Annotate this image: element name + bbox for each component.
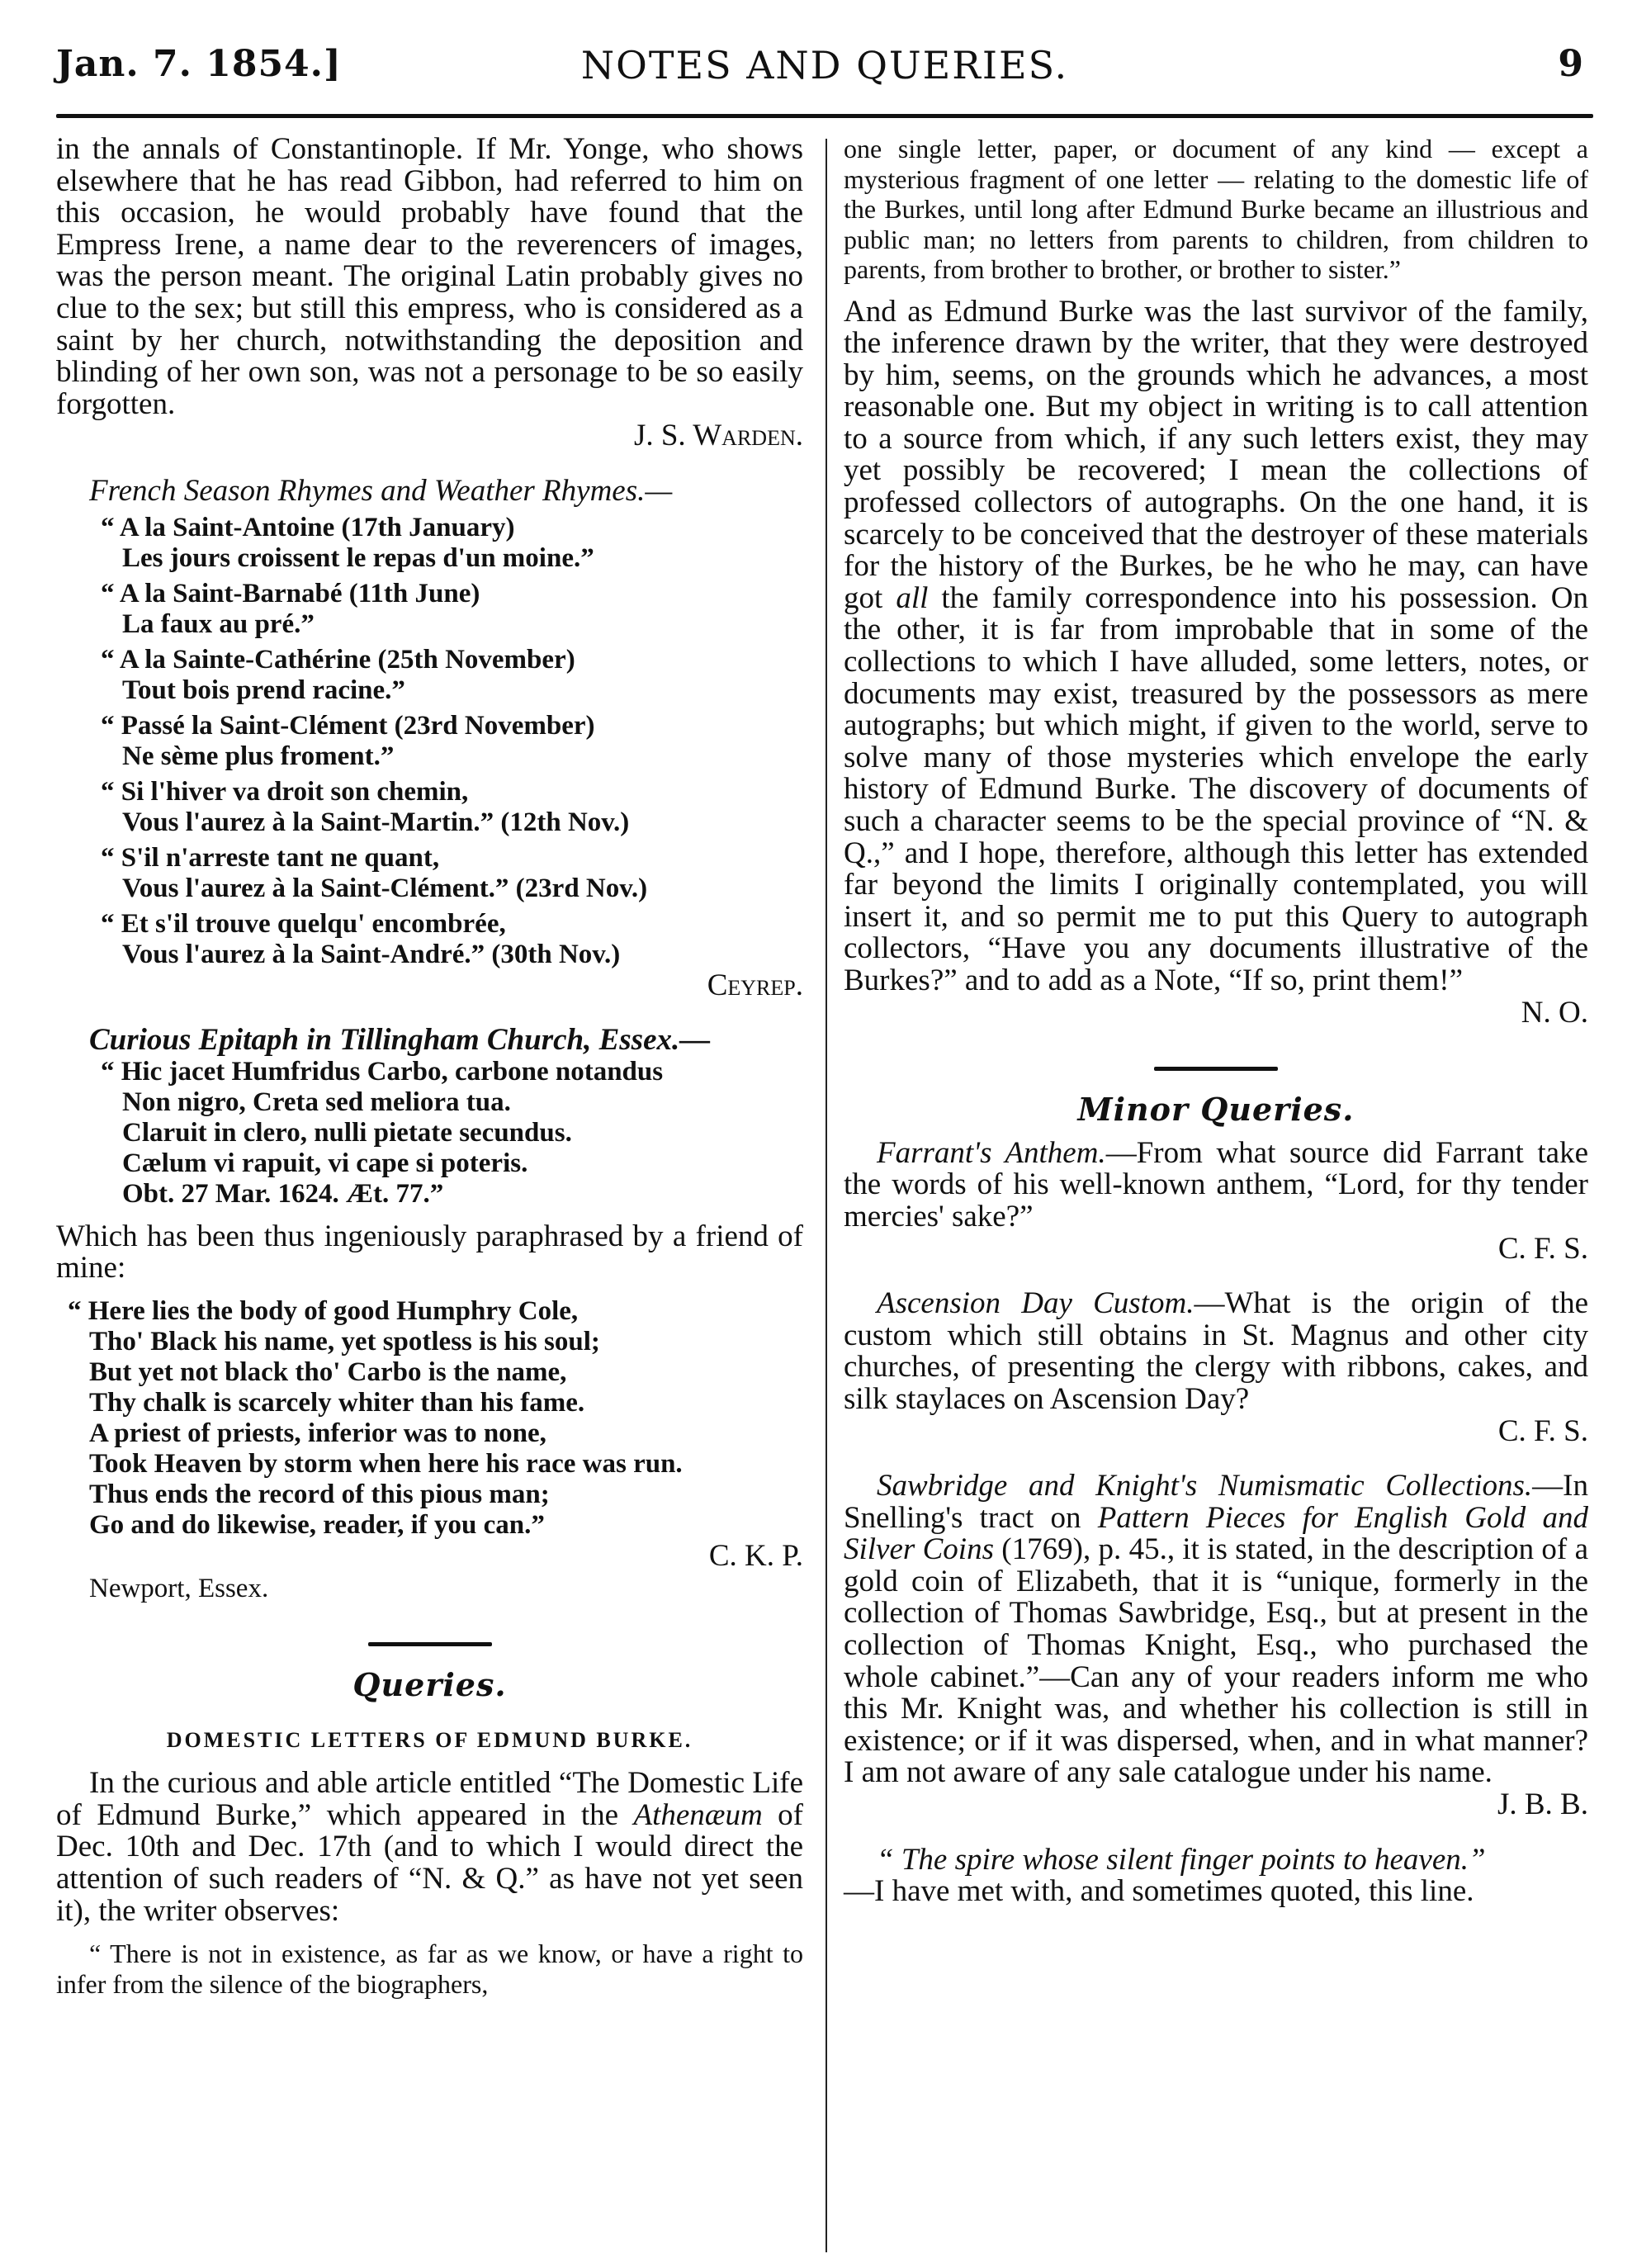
rhyme-line: “ Passé la Saint-Clément (23rd November)	[89, 711, 803, 741]
burke-quote-start: “ There is not in existence, as far as w…	[56, 1939, 803, 1999]
paraphrase-line: “ Here lies the body of good Humphry Col…	[56, 1296, 803, 1327]
rhymes-signature: Ceyrep.	[56, 970, 803, 1002]
rhyme-stanza: “ A la Saint-Barnabé (11th June) La faux…	[89, 579, 803, 640]
burke-signature: N. O.	[844, 997, 1588, 1030]
rhyme-line: Vous l'aurez à la Saint-Martin.” (12th N…	[89, 807, 803, 838]
rhyme-line: Les jours croissent le repas d'un moine.…	[89, 543, 803, 574]
rhyme-line: Vous l'aurez à la Saint-Clément.” (23rd …	[89, 874, 803, 904]
rhyme-stanza: “ A la Saint-Antoine (17th January) Les …	[89, 513, 803, 574]
rhyme-stanza: “ A la Sainte-Cathérine (25th November) …	[89, 645, 803, 706]
query-signature: C. F. S.	[844, 1416, 1588, 1448]
column-divider	[825, 139, 827, 2252]
rhyme-line: Ne sème plus froment.”	[89, 741, 803, 772]
query-signature: C. F. S.	[844, 1233, 1588, 1266]
paraphrase-intro: Which has been thus ingeniously paraphra…	[56, 1221, 803, 1285]
rhyme-stanza: “ Passé la Saint-Clément (23rd November)…	[89, 711, 803, 772]
epitaph-location: Newport, Essex.	[56, 1573, 803, 1605]
burke-main-paragraph: And as Edmund Burke was the last survivo…	[844, 296, 1588, 997]
burke-heading: DOMESTIC LETTERS OF EDMUND BURKE.	[56, 1725, 803, 1757]
page-number: 9	[1558, 43, 1583, 85]
right-column: one single letter, paper, or document of…	[844, 134, 1588, 1908]
rhyme-line: La faux au pré.”	[89, 609, 803, 640]
spire-continuation: —I have met with, and sometimes quoted, …	[844, 1876, 1588, 1908]
minor-queries-heading: Minor Queries.	[844, 1094, 1588, 1126]
query-signature: J. B. B.	[844, 1789, 1588, 1821]
query-title: Ascension Day Custom.	[877, 1286, 1194, 1320]
epitaph-line: Non nigro, Creta sed meliora tua.	[89, 1087, 803, 1118]
rhyme-line: “ A la Saint-Antoine (17th January)	[89, 513, 803, 543]
query-title: Sawbridge and Knight's Numismatic Collec…	[877, 1469, 1532, 1503]
paraphrase-line: Took Heaven by storm when here his race …	[56, 1449, 803, 1480]
rhyme-line: Vous l'aurez à la Saint-André.” (30th No…	[89, 940, 803, 970]
publication-title: NOTES AND QUERIES.	[56, 43, 1593, 88]
paraphrase-line: But yet not black tho' Carbo is the name…	[56, 1357, 803, 1388]
epitaph-title: Curious Epitaph in Tillingham Church, Es…	[56, 1025, 803, 1057]
paraphrase-line: Go and do likewise, reader, if you can.”	[56, 1510, 803, 1541]
epitaph-line: Cælum vi rapuit, vi cape si poteris.	[89, 1148, 803, 1179]
rhyme-stanza: “ S'il n'arreste tant ne quant, Vous l'a…	[89, 843, 803, 904]
epitaph-date-line: Obt. 27 Mar. 1624. Æt. 77.”	[89, 1179, 803, 1210]
paraphrase-line: Tho' Black his name, yet spotless is his…	[56, 1327, 803, 1357]
queries-heading: Queries.	[56, 1669, 803, 1702]
minor-query-sawbridge: Sawbridge and Knight's Numismatic Collec…	[844, 1470, 1588, 1789]
minor-query-farrant: Farrant's Anthem.—From what source did F…	[844, 1138, 1588, 1233]
minor-query-ascension: Ascension Day Custom.—What is the origin…	[844, 1288, 1588, 1415]
query-title: Farrant's Anthem.	[877, 1136, 1106, 1170]
rhyme-line: “ S'il n'arreste tant ne quant,	[89, 843, 803, 874]
rhyme-line: “ A la Sainte-Cathérine (25th November)	[89, 645, 803, 675]
journal-title: Athenæum	[634, 1798, 763, 1832]
paraphrase-line: Thy chalk is scarcely whiter than his fa…	[56, 1388, 803, 1418]
latin-epitaph: “ Hic jacet Humfridus Carbo, carbone not…	[89, 1057, 803, 1210]
header-rule	[56, 114, 1593, 118]
burke-intro-paragraph: In the curious and able article entitled…	[56, 1768, 803, 1927]
english-paraphrase: “ Here lies the body of good Humphry Col…	[56, 1296, 803, 1541]
spire-quote: “ The spire whose silent finger points t…	[844, 1844, 1588, 1877]
paraphrase-line: Thus ends the record of this pious man;	[56, 1480, 803, 1510]
rhyme-stanza: “ Et s'il trouve quelqu' encombrée, Vous…	[89, 909, 803, 970]
opening-paragraph: in the annals of Constantinople. If Mr. …	[56, 134, 803, 420]
french-rhymes-title: French Season Rhymes and Weather Rhymes.…	[56, 476, 803, 508]
rhyme-line: “ A la Saint-Barnabé (11th June)	[89, 579, 803, 609]
epitaph-line: “ Hic jacet Humfridus Carbo, carbone not…	[89, 1057, 803, 1087]
page-header: Jan. 7. 1854.] NOTES AND QUERIES. 9	[56, 43, 1593, 101]
french-rhymes-verses: “ A la Saint-Antoine (17th January) Les …	[89, 513, 803, 970]
burke-quote-continued: one single letter, paper, or document of…	[844, 134, 1588, 285]
rhyme-stanza: “ Si l'hiver va droit son chemin, Vous l…	[89, 777, 803, 838]
rhyme-line: “ Et s'il trouve quelqu' encombrée,	[89, 909, 803, 940]
rhyme-line: Tout bois prend racine.”	[89, 675, 803, 706]
left-column: in the annals of Constantinople. If Mr. …	[56, 134, 803, 1999]
paraphrase-line: A priest of priests, inferior was to non…	[56, 1418, 803, 1449]
epitaph-signature: C. K. P.	[56, 1541, 803, 1573]
epitaph-line: Claruit in clero, nulli pietate secundus…	[89, 1118, 803, 1148]
rhyme-line: “ Si l'hiver va droit son chemin,	[89, 777, 803, 807]
opening-signature: J. S. Warden.	[56, 420, 803, 452]
